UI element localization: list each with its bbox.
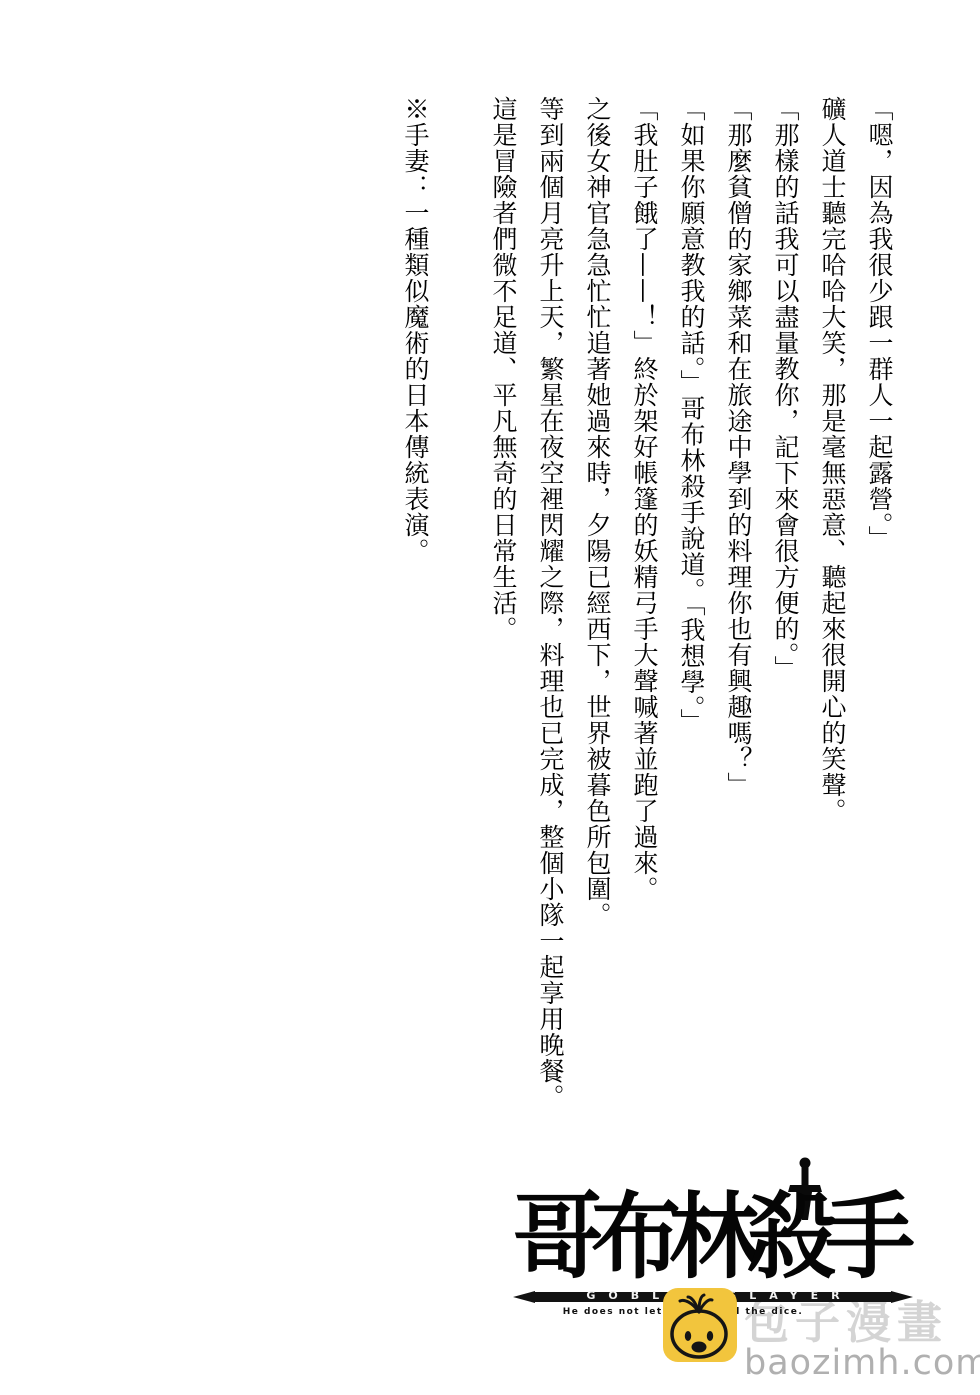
paragraph-dialogue-1: 「嗯，因為我很少跟一群人一起露營。」	[856, 96, 903, 1116]
paragraph-narration-4: 這是冒險者們微不足道、平凡無奇的日常生活。	[480, 96, 527, 1116]
footnote-temazuma: ※手妻：一種類似魔術的日本傳統表演。	[392, 96, 439, 1116]
paragraph-narration-1: 礦人道士聽完哈哈大笑，那是毫無惡意、聽起來很開心的笑聲。	[809, 96, 856, 1116]
baozi-bun-icon	[663, 1288, 737, 1362]
paragraph-dialogue-4: 「如果你願意教我的話。」哥布林殺手說道。「我想學。」	[668, 96, 715, 1116]
paragraph-narration-3: 等到兩個月亮升上天，繁星在夜空裡閃耀之際，料理也已完成，整個小隊一起享用晚餐。	[527, 96, 574, 1116]
watermark-domain: baozimh.com	[744, 1346, 980, 1381]
paragraph-dialogue-3: 「那麼貧僧的家鄉菜和在旅途中學到的料理你也有興趣嗎？」	[715, 96, 762, 1116]
vertical-text-area: 「嗯，因為我很少跟一群人一起露營。」 礦人道士聽完哈哈大笑，那是毫無惡意、聽起來…	[392, 96, 903, 1116]
paragraph-dialogue-2: 「那樣的話我可以盡量教你，記下來會很方便的。」	[762, 96, 809, 1116]
logo-title: 哥布林殺手	[513, 1184, 913, 1293]
paragraph-dialogue-5: 「我肚子餓了——！」終於架好帳篷的妖精弓手大聲喊著並跑了過來。	[621, 96, 668, 1116]
paragraph-narration-2: 之後女神官急急忙忙追著她過來時，夕陽已經西下，世界被暮色所包圍。	[574, 96, 621, 1116]
